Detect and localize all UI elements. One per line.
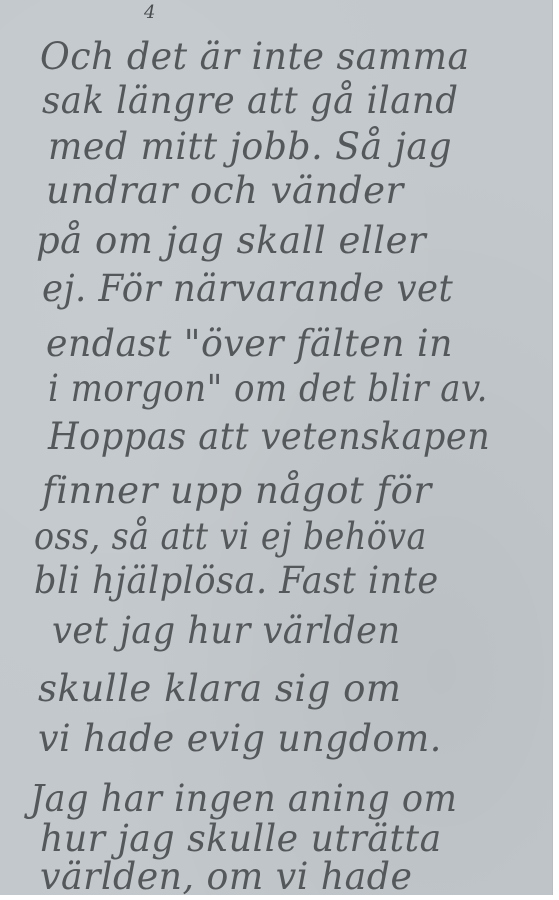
text-line: oss, så att vi ej behöva [34,518,427,555]
text-line: skulle klara sig om [38,670,402,707]
text-line: ej. För närvarande vet [42,270,453,307]
text-line: finner upp något för [42,472,432,509]
text-line: vet jag hur världen [52,612,401,649]
text-line: i morgon" om det blir av. [48,370,488,407]
text-line: Jag har ingen aning om [30,780,457,817]
text-line: världen, om vi hade [40,858,412,895]
handwritten-text-block: Och det är inte samma sak längre att gå … [0,0,552,895]
text-line: med mitt jobb. Så jag [48,128,452,165]
text-line: undrar och vänder [46,172,404,209]
text-line: vi hade evig ungdom. [38,720,442,757]
text-line: Hoppas att vetenskapen [48,418,490,455]
text-line: Och det är inte samma [40,38,470,75]
text-line: bli hjälplösa. Fast inte [34,562,439,599]
text-line: sak längre att gå iland [42,82,458,119]
text-line: på om jag skall eller [36,222,426,259]
text-line: endast "över fälten in [46,325,453,362]
letter-page: 4 Och det är inte samma sak längre att g… [0,0,553,895]
text-line: hur jag skulle uträtta [40,820,442,857]
